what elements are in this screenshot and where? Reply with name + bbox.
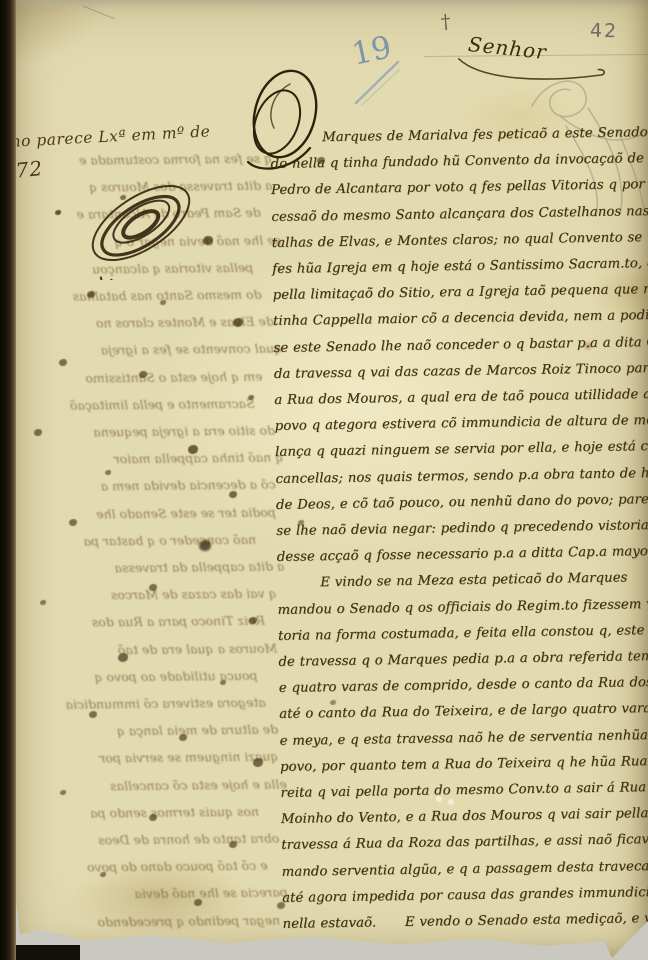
bleedthrough-line: ategora estivera cõ immundicia: [16, 689, 266, 719]
bleedthrough-line: Mouros a qual era de taõ: [15, 634, 277, 664]
bleedthrough-line: do mesmo Santo nas batalhas: [11, 281, 261, 311]
bleedthrough-line: cõ a decencia devida nem a: [13, 471, 275, 501]
manuscript-scan: q se fes na forma costumada ea dita trav…: [0, 0, 648, 960]
bleedthrough-line: de altura de meia lança q: [16, 716, 278, 746]
bleedthrough-line: pouca utilidade ao povo q: [15, 662, 257, 692]
paper-crease: [83, 6, 115, 20]
body-text: Marques de Marialva fes peticaõ a este S…: [270, 119, 648, 938]
bleedthrough-line: em q hoje esta o Santissimo: [12, 362, 262, 392]
blue-crayon-slash: [348, 58, 410, 108]
invocation-cross: †: [440, 11, 451, 34]
manuscript-page: q se fes na forma costumada ea dita trav…: [0, 0, 648, 960]
bleedthrough-line: do sitio era a igreja pequena: [13, 417, 275, 447]
bleedthrough-line: negar pedindo q precedendo: [18, 906, 280, 936]
bleedthrough-line: nos quais termos sendo pa: [17, 798, 259, 828]
bleedthrough-line: quazi ninguem se servia por: [16, 743, 278, 773]
rubric-flourish: [66, 168, 216, 280]
manuscript-text-line: nella estavaõ. E vendo o Senado esta med…: [282, 905, 648, 938]
bleedthrough-line: a dita cappella da travessa: [14, 553, 284, 583]
bleedthrough-line: e cõ taõ pouco dano do povo: [17, 852, 267, 882]
bleedthrough-line: qual convento se fes a igreja: [12, 335, 282, 365]
bleedthrough-line: q naõ tinha cappella maior: [13, 444, 283, 474]
bleedthrough-line: Roiz Tinoco para a Rua dos: [15, 607, 265, 637]
bleedthrough-line: ella e hoje esta cõ cancellas: [17, 770, 287, 800]
bleedthrough-line: obra tanto de honra de Deos: [17, 825, 279, 855]
page-number: 42: [590, 20, 619, 42]
binding-edge: [0, 0, 16, 960]
bleedthrough-line: Sacramento e pella limitaçaõ: [13, 390, 255, 420]
bleedthrough-line: parecia se lhe naõ devia: [18, 879, 288, 909]
bleedthrough-line: de Elvas e Montes claros no: [12, 308, 274, 338]
bleedthrough-line: q vai das cazas de Marcos: [15, 580, 277, 610]
bleedthrough-line: podia ter se este Senado lhe: [14, 498, 276, 528]
bleedthrough-line: naõ conceder o q bastar pa: [14, 526, 256, 556]
